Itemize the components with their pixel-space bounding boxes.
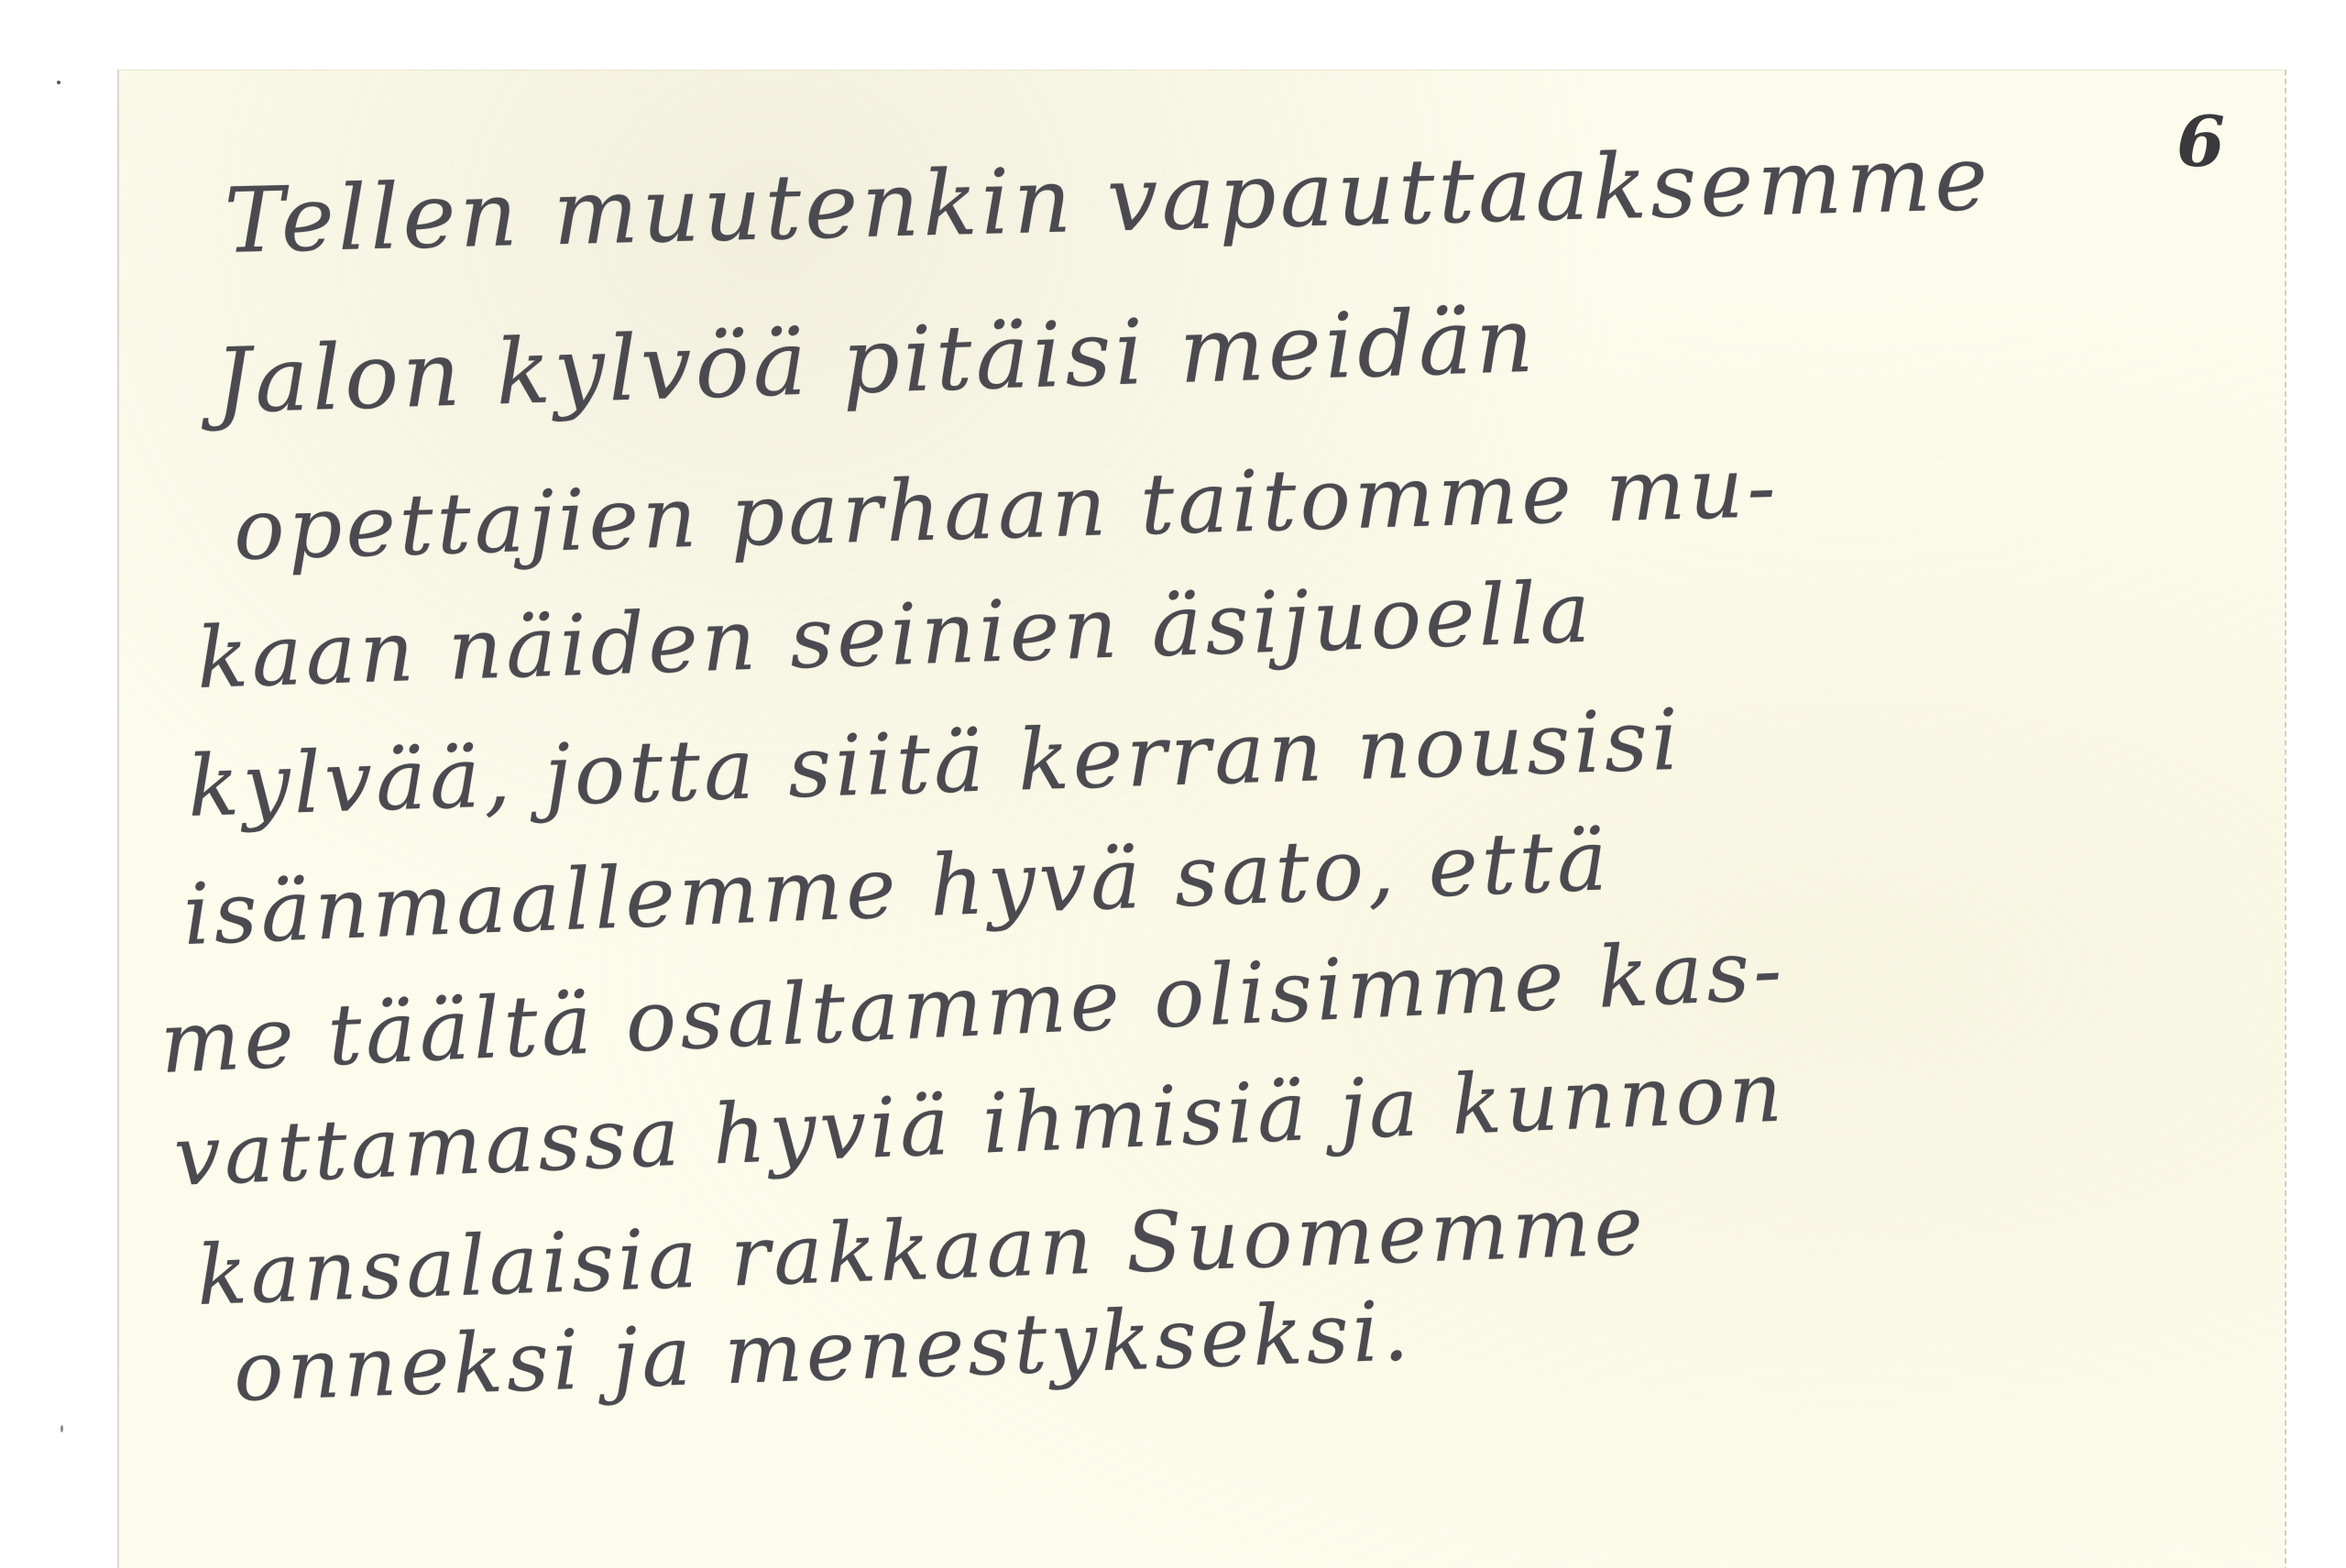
scan-speck — [57, 81, 60, 84]
scan-speck — [60, 1425, 63, 1432]
scanned-document: 6 Tellen muutenkin vapauttaaksemme Jalon… — [0, 0, 2346, 1568]
page-number: 6 — [2176, 101, 2225, 182]
